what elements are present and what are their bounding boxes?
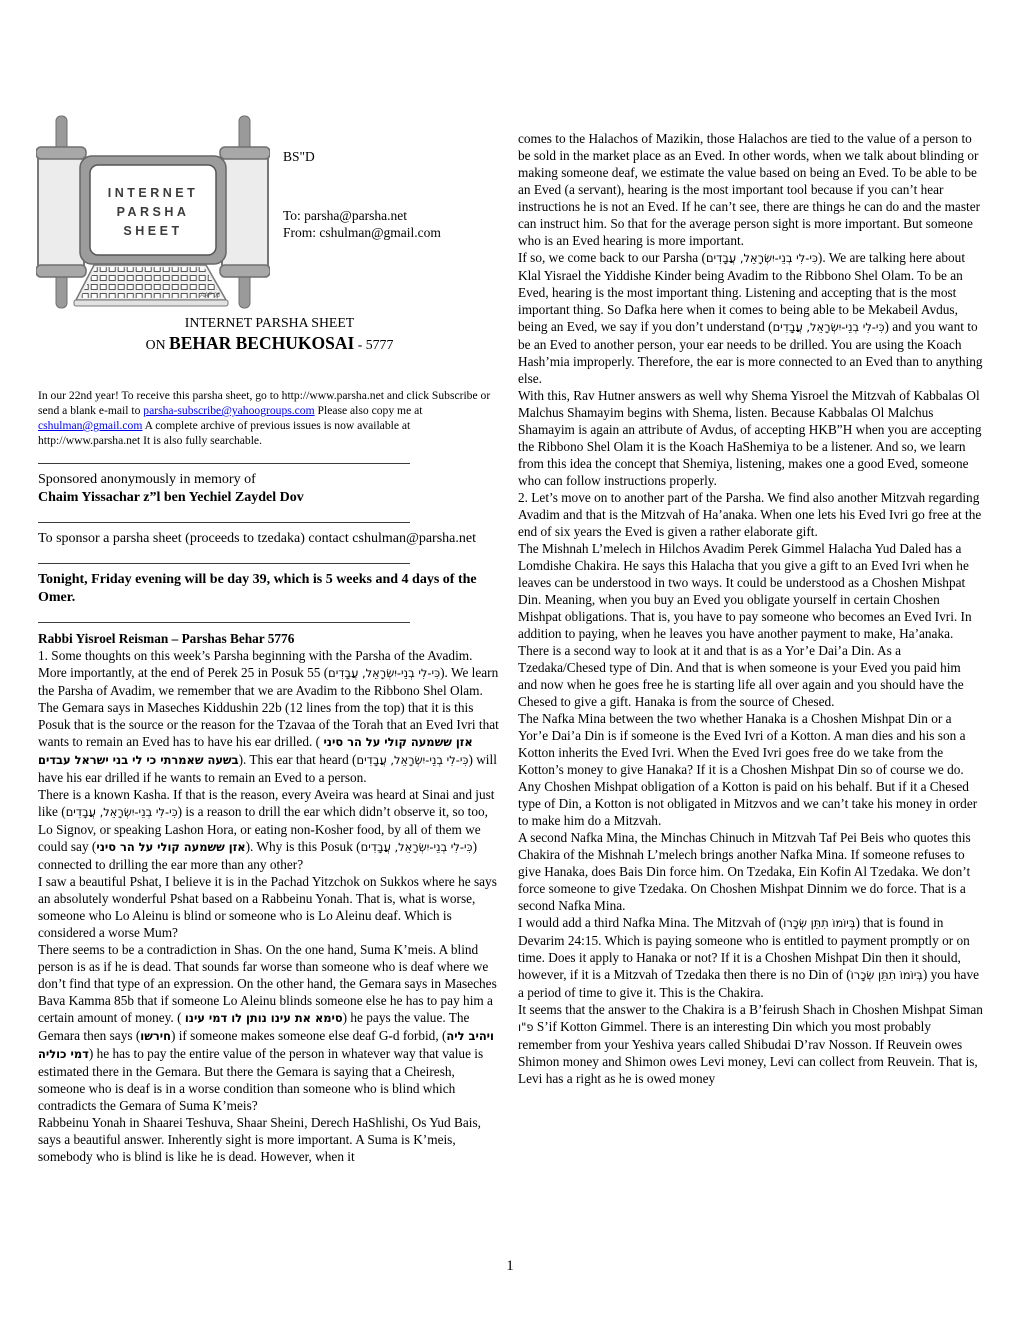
document-header-block: BS"D To: parsha@parsha.net From: cshulma… (283, 148, 441, 241)
document-title: INTERNET PARSHA SHEET ON BEHAR BECHUKOSA… (38, 314, 501, 356)
parsha-sheet-logo: INTERNET PARSHA SHEET AAF 03 (36, 112, 270, 312)
body-paragraph: There is a known Kasha. If that is the r… (38, 786, 501, 873)
body-paragraph: The Mishnah L’melech in Hilchos Avadim P… (518, 540, 983, 642)
title-parsha-name: BEHAR BECHUKOSAI (169, 333, 354, 353)
right-roller-top-cap (220, 147, 270, 159)
right-column: comes to the Halachos of Mazikin, those … (518, 130, 983, 1087)
logo-signature: AAF 03 (199, 293, 221, 299)
keyboard-base (74, 300, 228, 306)
email-link[interactable]: cshulman@gmail.com (38, 419, 142, 432)
logo-text-line2: PARSHA (117, 205, 190, 219)
omer-notice: Tonight, Friday evening will be day 39, … (38, 571, 501, 607)
body-paragraph: If so, we come back to our Parsha (כִּי-… (518, 249, 983, 387)
right-scroll-roller (222, 156, 268, 268)
left-roller-top-cap (36, 147, 86, 159)
logo-text-line3: SHEET (123, 224, 182, 238)
body-paragraph: I would add a third Nafka Mina. The Mitz… (518, 914, 983, 1001)
body-paragraph: There is a second way to look at it and … (518, 642, 983, 710)
sponsor-memory-name: Chaim Yissachar z”l ben Yechiel Zaydel D… (38, 490, 304, 505)
separator-line (38, 522, 410, 523)
body-paragraph: comes to the Halachos of Mazikin, those … (518, 130, 983, 249)
left-column: In our 22nd year! To receive this parsha… (38, 388, 501, 1165)
separator-line (38, 622, 410, 623)
separator-line (38, 463, 410, 464)
title-line2: ON BEHAR BECHUKOSAI - 5777 (38, 332, 501, 356)
section-heading-reisman: Rabbi Yisroel Reisman – Parshas Behar 57… (38, 630, 501, 647)
body-paragraph: 1. Some thoughts on this week’s Parsha b… (38, 647, 501, 786)
title-on: ON (146, 337, 169, 352)
left-scroll-roller (38, 156, 84, 268)
separator-line (38, 563, 410, 564)
body-paragraph: 2. Let’s move on to another part of the … (518, 489, 983, 540)
bsd-label: BS"D (283, 148, 441, 165)
left-roller-bottom-cap (36, 265, 86, 277)
subscription-info-paragraph: In our 22nd year! To receive this parsha… (38, 388, 501, 448)
body-paragraph: It seems that the answer to the Chakira … (518, 1001, 983, 1087)
logo-text-line1: INTERNET (108, 186, 199, 200)
title-line1: INTERNET PARSHA SHEET (38, 314, 501, 332)
body-paragraph: There seems to be a contradiction in Sha… (38, 941, 501, 1114)
body-paragraph: A second Nafka Mina, the Minchas Chinuch… (518, 829, 983, 914)
title-year: - 5777 (354, 337, 393, 352)
email-link[interactable]: parsha-subscribe@yahoogroups.com (143, 404, 314, 417)
scroll-computer-graphic: INTERNET PARSHA SHEET AAF 03 (36, 112, 270, 312)
body-paragraph: Rabbeinu Yonah in Shaarei Teshuva, Shaar… (38, 1114, 501, 1165)
right-roller-bottom-cap (220, 265, 270, 277)
from-line: From: cshulman@gmail.com (283, 224, 441, 241)
page-number: 1 (0, 1258, 1020, 1275)
to-line: To: parsha@parsha.net (283, 207, 441, 224)
body-paragraph: With this, Rav Hutner answers as well wh… (518, 387, 983, 489)
sponsor-memory-block: Sponsored anonymously in memory of Chaim… (38, 471, 501, 507)
body-paragraph: I saw a beautiful Pshat, I believe it is… (38, 873, 501, 941)
sponsor-memory-line: Sponsored anonymously in memory of (38, 472, 256, 487)
body-paragraph: The Nafka Mina between the two whether H… (518, 710, 983, 829)
sponsor-contact-paragraph: To sponsor a parsha sheet (proceeds to t… (38, 530, 501, 548)
